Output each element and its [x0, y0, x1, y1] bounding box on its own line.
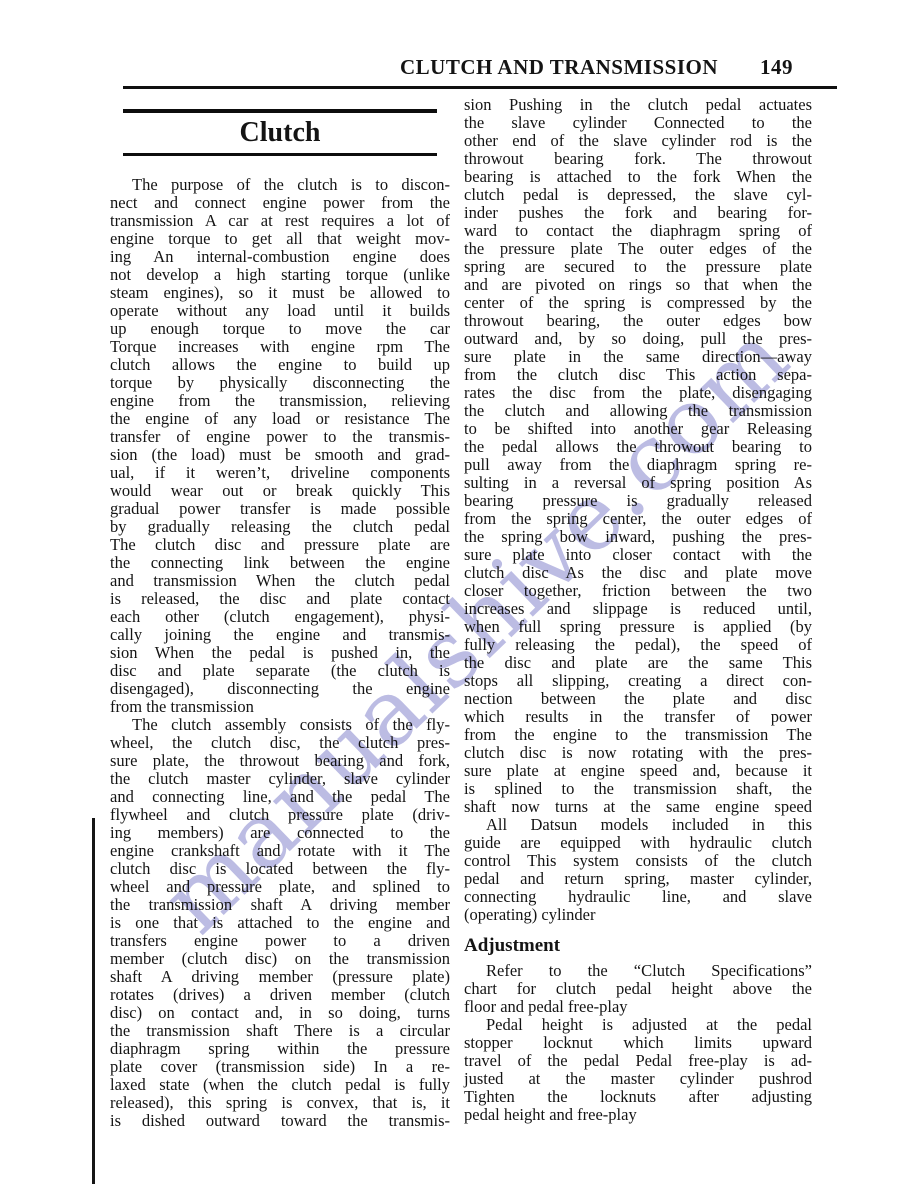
text-line: justed at the master cylinder pushrod [464, 1070, 812, 1088]
text-line: clutch allows the engine to build up [110, 356, 450, 374]
text-line: disc) on contact and, in so doing, turns [110, 1004, 450, 1022]
text-line: the clutch master cylinder, slave cylind… [110, 770, 450, 788]
text-line: which results in the transfer of power [464, 708, 812, 726]
text-line: outward and, by so doing, pull the pres- [464, 330, 812, 348]
paragraph: The purpose of the clutch is to discon-n… [110, 176, 450, 716]
text-line: from the spring center, the outer edges … [464, 510, 812, 528]
text-line: chart for clutch pedal height above the [464, 980, 812, 998]
text-line: other end of the slave cylinder rod is t… [464, 132, 812, 150]
text-line: gradual power transfer is made possible [110, 500, 450, 518]
text-line: from the transmission [110, 698, 450, 716]
text-line: floor and pedal free-play [464, 998, 812, 1016]
text-line: control This system consists of the clut… [464, 852, 812, 870]
text-line: Torque increases with engine rpm The [110, 338, 450, 356]
text-line: the slave cylinder Connected to the [464, 114, 812, 132]
text-line: Pedal height is adjusted at the pedal [464, 1016, 812, 1034]
text-line: All Datsun models included in this [464, 816, 812, 834]
right-column-text: sion Pushing in the clutch pedal actuate… [464, 96, 812, 924]
paragraph: Pedal height is adjusted at the pedalsto… [464, 1016, 812, 1124]
text-line: wheel, the clutch disc, the clutch pres- [110, 734, 450, 752]
text-line: sure plate into closer contact with the [464, 546, 812, 564]
text-line: bearing is attached to the fork When the [464, 168, 812, 186]
text-line: ing An internal-combustion engine does [110, 248, 450, 266]
text-line: shaft now turns at the same engine speed [464, 798, 812, 816]
text-line: the spring bow inward, pushing the pres- [464, 528, 812, 546]
text-line: center of the spring is compressed by th… [464, 294, 812, 312]
paragraph: sion Pushing in the clutch pedal actuate… [464, 96, 812, 816]
text-line: The purpose of the clutch is to discon- [110, 176, 450, 194]
text-line: rotates (drives) a driven member (clutch [110, 986, 450, 1004]
text-line: travel of the pedal Pedal free-play is a… [464, 1052, 812, 1070]
text-line: transfers engine power to a driven [110, 932, 450, 950]
text-line: nect and connect engine power from the [110, 194, 450, 212]
text-line: engine from the transmission, relieving [110, 392, 450, 410]
text-line: the clutch and allowing the transmission [464, 402, 812, 420]
header-rule [123, 86, 837, 89]
left-column-text: The purpose of the clutch is to discon-n… [110, 176, 450, 1130]
text-line: Refer to the “Clutch Specifications” [464, 962, 812, 980]
text-line: released), this spring is convex, that i… [110, 1094, 450, 1112]
text-line: throwout bearing, the outer edges bow [464, 312, 812, 330]
text-line: sure plate at engine speed and, because … [464, 762, 812, 780]
text-line: stops all slipping, creating a direct co… [464, 672, 812, 690]
page-header: CLUTCH AND TRANSMISSION149 [123, 55, 793, 79]
text-line: pedal height and free-play [464, 1106, 812, 1124]
text-line: diaphragm spring within the pressure [110, 1040, 450, 1058]
chapter-title: CLUTCH AND TRANSMISSION [400, 55, 718, 79]
text-line: clutch pedal is depressed, the slave cyl… [464, 186, 812, 204]
text-line: the engine of any load or resistance The [110, 410, 450, 428]
text-line: spring are secured to the pressure plate [464, 258, 812, 276]
scan-binding-artifact [92, 818, 95, 1184]
text-line: and transmission When the clutch pedal [110, 572, 450, 590]
text-line: shaft A driving member (pressure plate) [110, 968, 450, 986]
text-line: sion When the pedal is pushed in, the [110, 644, 450, 662]
text-line: clutch disc is now rotating with the pre… [464, 744, 812, 762]
text-line: is one that is attached to the engine an… [110, 914, 450, 932]
text-line: by gradually releasing the clutch pedal [110, 518, 450, 536]
text-line: transmission A car at rest requires a lo… [110, 212, 450, 230]
text-line: when full spring pressure is applied (by [464, 618, 812, 636]
text-line: not develop a high starting torque (unli… [110, 266, 450, 284]
text-line: torque by physically disconnecting the [110, 374, 450, 392]
text-line: ward to contact the diaphragm spring of [464, 222, 812, 240]
text-line: connecting hydraulic line, and slave [464, 888, 812, 906]
text-line: disc and plate separate (the clutch is [110, 662, 450, 680]
text-line: the connecting link between the engine [110, 554, 450, 572]
text-line: (operating) cylinder [464, 906, 812, 924]
text-line: the pedal allows the throwout bearing to [464, 438, 812, 456]
text-line: guide are equipped with hydraulic clutch [464, 834, 812, 852]
text-line: is splined to the transmission shaft, th… [464, 780, 812, 798]
text-line: The clutch disc and pressure plate are [110, 536, 450, 554]
adjustment-text: Refer to the “Clutch Specifications”char… [464, 962, 812, 1124]
text-line: each other (clutch engagement), physi- [110, 608, 450, 626]
text-line: engine torque to get all that weight mov… [110, 230, 450, 248]
text-line: transfer of engine power to the transmis… [110, 428, 450, 446]
text-line: and are pivoted on rings so that when th… [464, 276, 812, 294]
section-rule-bottom [123, 153, 437, 156]
text-line: the disc and plate are the same This [464, 654, 812, 672]
text-line: wheel and pressure plate, and splined to [110, 878, 450, 896]
text-line: from the engine to the transmission The [464, 726, 812, 744]
text-line: sure plate in the same direction—away [464, 348, 812, 366]
text-line: cally joining the engine and transmis- [110, 626, 450, 644]
text-line: would wear out or break quickly This [110, 482, 450, 500]
text-line: member (clutch disc) on the transmission [110, 950, 450, 968]
text-line: stopper locknut which limits upward [464, 1034, 812, 1052]
text-line: the pressure plate The outer edges of th… [464, 240, 812, 258]
text-line: sulting in a reversal of spring position… [464, 474, 812, 492]
paragraph: The clutch assembly consists of the fly-… [110, 716, 450, 1130]
text-line: nection between the plate and disc [464, 690, 812, 708]
text-line: pull away from the diaphragm spring re- [464, 456, 812, 474]
text-line: sure plate, the throwout bearing and for… [110, 752, 450, 770]
text-line: flywheel and clutch pressure plate (driv… [110, 806, 450, 824]
text-line: closer together, friction between the tw… [464, 582, 812, 600]
text-line: throwout bearing fork. The throwout [464, 150, 812, 168]
text-line: the transmission shaft A driving member [110, 896, 450, 914]
text-line: from the clutch disc This action sepa- [464, 366, 812, 384]
text-line: is released, the disc and plate contact [110, 590, 450, 608]
text-line: up enough torque to move the car [110, 320, 450, 338]
text-line: operate without any load until it builds [110, 302, 450, 320]
text-line: and connecting line, and the pedal The [110, 788, 450, 806]
section-title: Clutch [110, 113, 450, 153]
text-line: to be shifted into another gear Releasin… [464, 420, 812, 438]
text-line: rates the disc from the plate, disengagi… [464, 384, 812, 402]
text-line: sion Pushing in the clutch pedal actuate… [464, 96, 812, 114]
text-line: engine crankshaft and rotate with it The [110, 842, 450, 860]
text-line: sion (the load) must be smooth and grad- [110, 446, 450, 464]
text-line: is dished outward toward the transmis- [110, 1112, 450, 1130]
text-line: The clutch assembly consists of the fly- [110, 716, 450, 734]
text-line: increases and slippage is reduced until, [464, 600, 812, 618]
text-line: disengaged), disconnecting the engine [110, 680, 450, 698]
right-column: sion Pushing in the clutch pedal actuate… [464, 96, 812, 1124]
subheading-adjustment: Adjustment [464, 936, 812, 956]
text-line: Tighten the locknuts after adjusting [464, 1088, 812, 1106]
text-line: plate cover (transmission side) In a re- [110, 1058, 450, 1076]
manual-page: manualshive.com CLUTCH AND TRANSMISSION1… [0, 0, 918, 1188]
left-column: Clutch The purpose of the clutch is to d… [110, 105, 450, 1130]
text-line: clutch disc is located between the fly- [110, 860, 450, 878]
text-line: ing members) are connected to the [110, 824, 450, 842]
page-number: 149 [760, 55, 793, 79]
text-line: bearing pressure is gradually released [464, 492, 812, 510]
text-line: ual, if it weren’t, driveline components [110, 464, 450, 482]
text-line: fully releasing the pedal), the speed of [464, 636, 812, 654]
paragraph: Refer to the “Clutch Specifications”char… [464, 962, 812, 1016]
paragraph: All Datsun models included in thisguide … [464, 816, 812, 924]
text-line: the transmission shaft There is a circul… [110, 1022, 450, 1040]
text-line: inder pushes the fork and bearing for- [464, 204, 812, 222]
text-line: laxed state (when the clutch pedal is fu… [110, 1076, 450, 1094]
text-line: clutch disc As the disc and plate move [464, 564, 812, 582]
text-line: steam engines), so it must be allowed to [110, 284, 450, 302]
text-line: pedal and return spring, master cylinder… [464, 870, 812, 888]
